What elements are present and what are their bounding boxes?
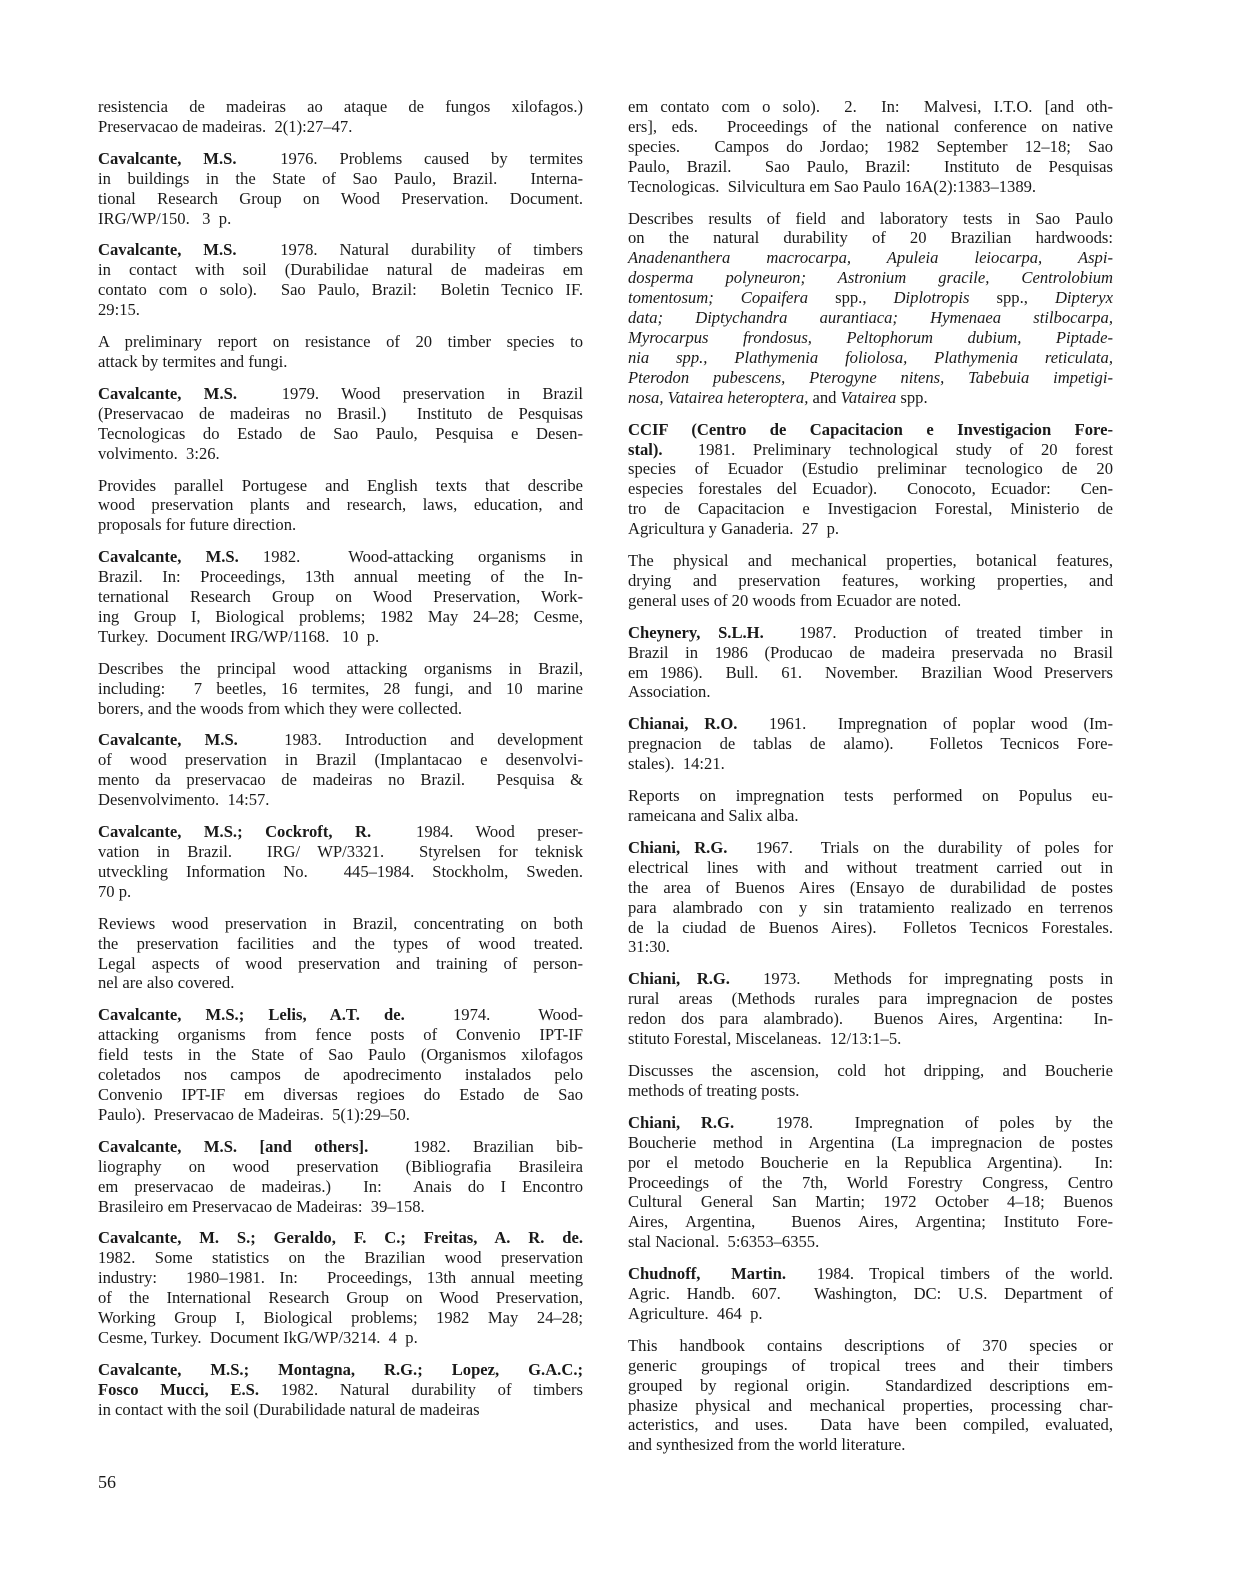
text-line: Myrocarpus frondosus, Peltophorum dubium…	[628, 328, 1113, 348]
text-run: Reviews wood preservation in Brazil, con…	[98, 914, 583, 933]
text-line: de la ciudad de Buenos Aires). Folletos …	[628, 918, 1113, 938]
text-run: the area of Buenos Aires (Ensayo de dura…	[628, 878, 1113, 897]
text-line: rural areas (Methods rurales para impreg…	[628, 989, 1113, 1009]
text-line: Boucherie method in Argentina (La impreg…	[628, 1133, 1113, 1153]
text-run: stituto Forestal, Miscelaneas. 12/13:1–5…	[628, 1029, 901, 1048]
text-line: Brazil in 1986 (Producao de madeira pres…	[628, 643, 1113, 663]
text-line: Association.	[628, 682, 1113, 702]
text-run: 1974. Wood-	[405, 1005, 583, 1024]
text-run: Describes the principal wood attacking o…	[98, 659, 583, 678]
citation-entry: Chiani, R.G. 1967. Trials on the durabil…	[628, 838, 1113, 957]
text-run: Reports on impregnation tests performed …	[628, 786, 1113, 805]
text-line: 31:30.	[628, 937, 1113, 957]
text-line: methods of treating posts.	[628, 1081, 1113, 1101]
text-line: dosperma polyneuron; Astronium gracile, …	[628, 268, 1113, 288]
text-run: The physical and mechanical properties, …	[628, 551, 1113, 570]
text-run: including: 7 beetles, 16 termites, 28 fu…	[98, 679, 583, 698]
text-run: Convenio IPT-IF em diversas regioes do E…	[98, 1085, 583, 1104]
text-line: in contact with the soil (Durabilidade n…	[98, 1400, 583, 1420]
text-run: Paulo). Preservacao de Madeiras. 5(1):29…	[98, 1105, 410, 1124]
text-run: 1983. Introduction and development	[238, 730, 583, 749]
text-line: industry: 1980–1981. In: Proceedings, 13…	[98, 1268, 583, 1288]
text-line: Tecnologicas do Estado de Sao Paulo, Pes…	[98, 424, 583, 444]
text-run: Legal aspects of wood preservation and t…	[98, 954, 583, 973]
annotation-paragraph: Describes results of field and laborator…	[628, 209, 1113, 408]
text-run: 1982. Brazilian bib-	[368, 1137, 583, 1156]
author-name: Cavalcante, M.S.	[98, 149, 236, 168]
text-line: Cavalcante, M.S. 1979. Wood preservation…	[98, 384, 583, 404]
text-line: pregnacion de tablas de alamo). Folletos…	[628, 734, 1113, 754]
text-line: Brazil. In: Proceedings, 13th annual mee…	[98, 567, 583, 587]
author-name: Cavalcante, M.S.	[98, 240, 236, 259]
text-run: liography on wood preservation (Bibliogr…	[98, 1157, 583, 1176]
text-run: general uses of 20 woods from Ecuador ar…	[628, 591, 961, 610]
citation-entry: Cavalcante, M.S.; Lelis, A.T. de. 1974. …	[98, 1005, 583, 1124]
text-run: 1979. Wood preservation in Brazil	[237, 384, 583, 403]
text-line: 29:15.	[98, 300, 583, 320]
text-line: in contact with soil (Durabilidae natura…	[98, 260, 583, 280]
text-run: rural areas (Methods rurales para impreg…	[628, 989, 1113, 1008]
text-line: Cheynery, S.L.H. 1987. Production of tre…	[628, 623, 1113, 643]
text-line: stal). 1981. Preliminary technological s…	[628, 440, 1113, 460]
text-line: Cavalcante, M.S.; Lelis, A.T. de. 1974. …	[98, 1005, 583, 1025]
text-line: Cavalcante, M.S.; Cockroft, R. 1984. Woo…	[98, 822, 583, 842]
text-run: 1982. Natural durability of timbers	[259, 1380, 583, 1399]
text-line: attack by termites and fungi.	[98, 352, 583, 372]
author-name: Cavalcante, M.S. [and others].	[98, 1137, 368, 1156]
text-run: IRG/WP/150. 3 p.	[98, 209, 231, 228]
text-line: of wood preservation in Brazil (Implanta…	[98, 750, 583, 770]
text-line: em preservacao de madeiras.) In: Anais d…	[98, 1177, 583, 1197]
text-line: on the natural durability of 20 Brazilia…	[628, 228, 1113, 248]
text-run: in buildings in the State of Sao Paulo, …	[98, 169, 583, 188]
text-line: resistencia de madeiras ao ataque de fun…	[98, 97, 583, 117]
text-line: Pterodon pubescens, Pterogyne nitens, Ta…	[628, 368, 1113, 388]
text-line: Cavalcante, M. S.; Geraldo, F. C.; Freit…	[98, 1228, 583, 1248]
text-line: em contato com o solo). 2. In: Malvesi, …	[628, 97, 1113, 117]
text-run: Paulo, Brazil. Sao Paulo, Brazil: Instit…	[628, 157, 1113, 176]
text-line: data; Diptychandra aurantiaca; Hymenaea …	[628, 308, 1113, 328]
author-name: Cavalcante, M.S.	[98, 730, 238, 749]
text-line: mento da preservacao de madeiras no Braz…	[98, 770, 583, 790]
species-name: Diplotropis	[894, 288, 970, 307]
text-run: grouped by regional origin. Standardized…	[628, 1376, 1113, 1395]
text-line: Proceedings of the 7th, World Forestry C…	[628, 1173, 1113, 1193]
text-line: por el metodo Boucherie en la Republica …	[628, 1153, 1113, 1173]
text-line: species. Campos do Jordao; 1982 Septembe…	[628, 137, 1113, 157]
species-name: Anadenanthera macrocarpa, Apuleia leioca…	[628, 248, 1113, 267]
text-line: Discusses the ascension, cold hot drippi…	[628, 1061, 1113, 1081]
text-run: Boucherie method in Argentina (La impreg…	[628, 1133, 1113, 1152]
text-line: grouped by regional origin. Standardized…	[628, 1376, 1113, 1396]
author-name: Chiani, R.G.	[628, 969, 730, 988]
text-line: Paulo, Brazil. Sao Paulo, Brazil: Instit…	[628, 157, 1113, 177]
text-run: pregnacion de tablas de alamo). Folletos…	[628, 734, 1113, 753]
text-run: borers, and the woods from which they we…	[98, 699, 462, 718]
citation-entry: Chianai, R.O. 1961. Impregnation of popl…	[628, 714, 1113, 774]
text-run: A preliminary report on resistance of 20…	[98, 332, 583, 351]
text-run: Aires, Argentina, Buenos Aires, Argentin…	[628, 1212, 1113, 1231]
text-run: Discusses the ascension, cold hot drippi…	[628, 1061, 1113, 1080]
author-name: Chiani, R.G.	[628, 838, 727, 857]
text-line: nosa, Vatairea heteroptera, and Vatairea…	[628, 388, 1113, 408]
citation-entry: Chiani, R.G. 1978. Impregnation of poles…	[628, 1113, 1113, 1252]
citation-entry: Cavalcante, M. S.; Geraldo, F. C.; Freit…	[98, 1228, 583, 1347]
species-name: nia spp., Plathymenia foliolosa, Plathym…	[628, 348, 1113, 367]
text-line: Turkey. Document IRG/WP/1168. 10 p.	[98, 627, 583, 647]
text-run: 1984. Tropical timbers of the world.	[786, 1264, 1113, 1283]
text-line: general uses of 20 woods from Ecuador ar…	[628, 591, 1113, 611]
text-line: volvimento. 3:26.	[98, 444, 583, 464]
right-column: em contato com o solo). 2. In: Malvesi, …	[628, 97, 1113, 1467]
text-line: attacking organisms from fence posts of …	[98, 1025, 583, 1045]
text-run: ternational Research Group on Wood Prese…	[98, 587, 583, 606]
text-run: generic groupings of tropical trees and …	[628, 1356, 1113, 1375]
text-run: Brazil. In: Proceedings, 13th annual mee…	[98, 567, 583, 586]
annotation-paragraph: Provides parallel Portugese and English …	[98, 476, 583, 536]
text-run: of the International Research Group on W…	[98, 1288, 583, 1307]
text-line: 70 p.	[98, 882, 583, 902]
text-run: em preservacao de madeiras.) In: Anais d…	[98, 1177, 583, 1196]
text-run: 1967. Trials on the durability of poles …	[727, 838, 1113, 857]
text-run: drying and preservation features, workin…	[628, 571, 1113, 590]
text-run: attacking organisms from fence posts of …	[98, 1025, 583, 1044]
text-line: Describes results of field and laborator…	[628, 209, 1113, 229]
text-run: 29:15.	[98, 300, 140, 319]
text-line: Cavalcante, M.S. 1983. Introduction and …	[98, 730, 583, 750]
text-line: stituto Forestal, Miscelaneas. 12/13:1–5…	[628, 1029, 1113, 1049]
text-run: Proceedings of the 7th, World Forestry C…	[628, 1173, 1113, 1192]
author-name: Chiani, R.G.	[628, 1113, 734, 1132]
text-run: Cultural General San Martin; 1972 Octobe…	[628, 1192, 1113, 1211]
text-run: stales). 14:21.	[628, 754, 725, 773]
text-line: nia spp., Plathymenia foliolosa, Plathym…	[628, 348, 1113, 368]
text-line: Reports on impregnation tests performed …	[628, 786, 1113, 806]
text-line: redon dos para alambrado). Buenos Aires,…	[628, 1009, 1113, 1029]
text-line: wood preservation plants and research, l…	[98, 495, 583, 515]
text-line: Convenio IPT-IF em diversas regioes do E…	[98, 1085, 583, 1105]
text-run: Provides parallel Portugese and English …	[98, 476, 583, 495]
text-run: electrical lines with and without treatm…	[628, 858, 1113, 877]
citation-entry: Cavalcante, M.S.; Montagna, R.G.; Lopez,…	[98, 1360, 583, 1420]
text-run: wood preservation plants and research, l…	[98, 495, 583, 514]
text-line: Chiani, R.G. 1978. Impregnation of poles…	[628, 1113, 1113, 1133]
text-run: tional Research Group on Wood Preservati…	[98, 189, 583, 208]
text-line: Cavalcante, M.S. 1982. Wood-attacking or…	[98, 547, 583, 567]
text-run: nel are also covered.	[98, 973, 234, 992]
text-run: coletados nos campos de apodrecimento in…	[98, 1065, 583, 1084]
text-line: tomentosum; Copaifera spp., Diplotropis …	[628, 288, 1113, 308]
text-line: The physical and mechanical properties, …	[628, 551, 1113, 571]
text-line: Working Group I, Biological problems; 19…	[98, 1308, 583, 1328]
text-run: and	[808, 388, 840, 407]
text-line: A preliminary report on resistance of 20…	[98, 332, 583, 352]
text-line: generic groupings of tropical trees and …	[628, 1356, 1113, 1376]
annotation-paragraph: Discusses the ascension, cold hot drippi…	[628, 1061, 1113, 1101]
text-line: Fosco Mucci, E.S. 1982. Natural durabili…	[98, 1380, 583, 1400]
text-run: Agricultura y Ganaderia. 27 p.	[628, 519, 839, 538]
text-run: of wood preservation in Brazil (Implanta…	[98, 750, 583, 769]
text-run: proposals for future direction.	[98, 515, 296, 534]
text-line: Provides parallel Portugese and English …	[98, 476, 583, 496]
annotation-paragraph: resistencia de madeiras ao ataque de fun…	[98, 97, 583, 137]
text-line: Chudnoff, Martin. 1984. Tropical timbers…	[628, 1264, 1113, 1284]
text-line: Cavalcante, M.S.; Montagna, R.G.; Lopez,…	[98, 1360, 583, 1380]
text-line: the area of Buenos Aires (Ensayo de dura…	[628, 878, 1113, 898]
text-run: attack by termites and fungi.	[98, 352, 287, 371]
text-run: 31:30.	[628, 937, 670, 956]
author-name: Cavalcante, M.S.	[98, 384, 237, 403]
text-run: 1987. Production of treated timber in	[764, 623, 1113, 642]
text-run: Cesme, Turkey. Document IkG/WP/3214. 4 p…	[98, 1328, 418, 1347]
text-line: borers, and the woods from which they we…	[98, 699, 583, 719]
text-line: stales). 14:21.	[628, 754, 1113, 774]
text-run: volvimento. 3:26.	[98, 444, 220, 463]
text-line: and synthesized from the world literatur…	[628, 1435, 1113, 1455]
annotation-paragraph: This handbook contains descriptions of 3…	[628, 1336, 1113, 1455]
text-run: Brasileiro em Preservacao de Madeiras: 3…	[98, 1197, 425, 1216]
citation-entry: Cavalcante, M.S. 1976. Problems caused b…	[98, 149, 583, 229]
text-line: This handbook contains descriptions of 3…	[628, 1336, 1113, 1356]
citation-entry: em contato com o solo). 2. In: Malvesi, …	[628, 97, 1113, 197]
text-run: spp.,	[969, 288, 1054, 307]
author-name: stal).	[628, 440, 663, 459]
text-line: stal Nacional. 5:6353–6355.	[628, 1232, 1113, 1252]
text-line: Desenvolvimento. 14:57.	[98, 790, 583, 810]
text-line: proposals for future direction.	[98, 515, 583, 535]
text-line: acteristics, and uses. Data have been co…	[628, 1415, 1113, 1435]
text-run: 1978. Natural durability of timbers	[236, 240, 583, 259]
text-run: 1981. Preliminary technological study of…	[663, 440, 1113, 459]
text-line: Tecnologicas. Silvicultura em Sao Paulo …	[628, 177, 1113, 197]
text-run: ers], eds. Proceedings of the national c…	[628, 117, 1113, 136]
citation-entry: Cavalcante, M.S. 1978. Natural durabilit…	[98, 240, 583, 320]
text-line: para alambrado con y sin tratamiento rea…	[628, 898, 1113, 918]
text-line: the preservation facilities and the type…	[98, 934, 583, 954]
text-line: Agriculture. 464 p.	[628, 1304, 1113, 1324]
text-run: tro de Capacitacion e Investigacion Fore…	[628, 499, 1113, 518]
text-line: Chiani, R.G. 1967. Trials on the durabil…	[628, 838, 1113, 858]
text-line: (Preservacao de madeiras no Brasil.) Ins…	[98, 404, 583, 424]
text-line: Cavalcante, M.S. 1976. Problems caused b…	[98, 149, 583, 169]
text-line: Brasileiro em Preservacao de Madeiras: 3…	[98, 1197, 583, 1217]
citation-entry: Cavalcante, M.S. 1982. Wood-attacking or…	[98, 547, 583, 647]
text-line: Anadenanthera macrocarpa, Apuleia leioca…	[628, 248, 1113, 268]
text-line: field tests in the State of Sao Paulo (O…	[98, 1045, 583, 1065]
text-line: liography on wood preservation (Bibliogr…	[98, 1157, 583, 1177]
text-line: Agricultura y Ganaderia. 27 p.	[628, 519, 1113, 539]
text-run: de la ciudad de Buenos Aires). Folletos …	[628, 918, 1113, 937]
text-line: Reviews wood preservation in Brazil, con…	[98, 914, 583, 934]
text-line: tional Research Group on Wood Preservati…	[98, 189, 583, 209]
text-run: contato com o solo). Sao Paulo, Brazil: …	[98, 280, 583, 299]
text-run: Preservacao de madeiras. 2(1):27–47.	[98, 117, 352, 136]
species-name: data; Diptychandra aurantiaca; Hymenaea …	[628, 308, 1113, 327]
text-run: 70 p.	[98, 882, 131, 901]
text-run: redon dos para alambrado). Buenos Aires,…	[628, 1009, 1113, 1028]
text-run: rameicana and Salix alba.	[628, 806, 798, 825]
text-run: Agric. Handb. 607. Washington, DC: U.S. …	[628, 1284, 1113, 1303]
text-run: mento da preservacao de madeiras no Braz…	[98, 770, 583, 789]
text-line: Describes the principal wood attacking o…	[98, 659, 583, 679]
text-run: This handbook contains descriptions of 3…	[628, 1336, 1113, 1355]
author-name: Cavalcante, M. S.; Geraldo, F. C.; Freit…	[98, 1228, 583, 1247]
text-line: Preservacao de madeiras. 2(1):27–47.	[98, 117, 583, 137]
text-run: 1973. Methods for impregnating posts in	[730, 969, 1113, 988]
text-run: spp.	[896, 388, 927, 407]
text-line: in buildings in the State of Sao Paulo, …	[98, 169, 583, 189]
text-line: Cavalcante, M.S. [and others]. 1982. Bra…	[98, 1137, 583, 1157]
author-name: Cavalcante, M.S.; Cockroft, R.	[98, 822, 371, 841]
citation-entry: Cavalcante, M.S.; Cockroft, R. 1984. Woo…	[98, 822, 583, 902]
text-run: spp.,	[808, 288, 893, 307]
text-run: phasize physical and mechanical properti…	[628, 1396, 1113, 1415]
text-run: species of Ecuador (Estudio preliminar t…	[628, 459, 1113, 478]
text-line: 1982. Some statistics on the Brazilian w…	[98, 1248, 583, 1268]
text-run: 1984. Wood preser-	[371, 822, 583, 841]
text-run: Desenvolvimento. 14:57.	[98, 790, 269, 809]
text-line: CCIF (Centro de Capacitacion e Investiga…	[628, 420, 1113, 440]
text-line: Cavalcante, M.S. 1978. Natural durabilit…	[98, 240, 583, 260]
text-run: Brazil in 1986 (Producao de madeira pres…	[628, 643, 1113, 662]
text-run: Turkey. Document IRG/WP/1168. 10 p.	[98, 627, 379, 646]
text-line: Agric. Handb. 607. Washington, DC: U.S. …	[628, 1284, 1113, 1304]
species-name: nosa, Vatairea heteroptera,	[628, 388, 808, 407]
text-run: em contato com o solo). 2. In: Malvesi, …	[628, 97, 1113, 116]
text-run: ing Group I, Biological problems; 1982 M…	[98, 607, 583, 626]
species-name: Vatairea	[841, 388, 897, 407]
text-run: in contact with soil (Durabilidae natura…	[98, 260, 583, 279]
text-run: Describes results of field and laborator…	[628, 209, 1113, 228]
author-name: Cheynery, S.L.H.	[628, 623, 764, 642]
text-run: 1982. Wood-attacking organisms in	[239, 547, 583, 566]
text-run: vation in Brazil. IRG/ WP/3321. Styrelse…	[98, 842, 583, 861]
text-line: nel are also covered.	[98, 973, 583, 993]
text-line: drying and preservation features, workin…	[628, 571, 1113, 591]
text-line: Paulo). Preservacao de Madeiras. 5(1):29…	[98, 1105, 583, 1125]
author-name: Fosco Mucci, E.S.	[98, 1380, 259, 1399]
text-run: 1961. Impregnation of poplar wood (Im-	[737, 714, 1113, 733]
author-name: Chianai, R.O.	[628, 714, 737, 733]
author-name: Cavalcante, M.S.; Lelis, A.T. de.	[98, 1005, 405, 1024]
text-line: ers], eds. Proceedings of the national c…	[628, 117, 1113, 137]
author-name: CCIF (Centro de Capacitacion e Investiga…	[628, 420, 1113, 439]
annotation-paragraph: Reviews wood preservation in Brazil, con…	[98, 914, 583, 994]
text-run: em 1986). Bull. 61. November. Brazilian …	[628, 663, 1113, 682]
text-line: species of Ecuador (Estudio preliminar t…	[628, 459, 1113, 479]
left-column: resistencia de madeiras ao ataque de fun…	[98, 97, 583, 1432]
text-line: phasize physical and mechanical properti…	[628, 1396, 1113, 1416]
text-run: industry: 1980–1981. In: Proceedings, 13…	[98, 1268, 583, 1287]
annotation-paragraph: Describes the principal wood attacking o…	[98, 659, 583, 719]
citation-entry: Cavalcante, M.S. 1979. Wood preservation…	[98, 384, 583, 464]
text-line: Chiani, R.G. 1973. Methods for impregnat…	[628, 969, 1113, 989]
species-name: Myrocarpus frondosus, Peltophorum dubium…	[628, 328, 1113, 347]
text-line: ternational Research Group on Wood Prese…	[98, 587, 583, 607]
text-run: and synthesized from the world literatur…	[628, 1435, 905, 1454]
text-run: (Preservacao de madeiras no Brasil.) Ins…	[98, 404, 583, 423]
text-run: field tests in the State of Sao Paulo (O…	[98, 1045, 583, 1064]
text-line: especies forestales del Ecuador). Conoco…	[628, 479, 1113, 499]
text-run: Tecnologicas. Silvicultura em Sao Paulo …	[628, 177, 1036, 196]
text-run: 1982. Some statistics on the Brazilian w…	[98, 1248, 583, 1267]
text-run: 1978. Impregnation of poles by the	[734, 1113, 1113, 1132]
author-name: Chudnoff, Martin.	[628, 1264, 786, 1283]
annotation-paragraph: A preliminary report on resistance of 20…	[98, 332, 583, 372]
text-line: Chianai, R.O. 1961. Impregnation of popl…	[628, 714, 1113, 734]
text-run: Agriculture. 464 p.	[628, 1304, 763, 1323]
text-line: Cultural General San Martin; 1972 Octobe…	[628, 1192, 1113, 1212]
text-line: Aires, Argentina, Buenos Aires, Argentin…	[628, 1212, 1113, 1232]
text-line: vation in Brazil. IRG/ WP/3321. Styrelse…	[98, 842, 583, 862]
text-line: coletados nos campos de apodrecimento in…	[98, 1065, 583, 1085]
author-name: Cavalcante, M.S.; Montagna, R.G.; Lopez,…	[98, 1360, 583, 1379]
citation-entry: Chudnoff, Martin. 1984. Tropical timbers…	[628, 1264, 1113, 1324]
text-run: Association.	[628, 682, 711, 701]
text-run: methods of treating posts.	[628, 1081, 799, 1100]
text-run: utveckling Information No. 445–1984. Sto…	[98, 862, 583, 881]
annotation-paragraph: The physical and mechanical properties, …	[628, 551, 1113, 611]
text-line: IRG/WP/150. 3 p.	[98, 209, 583, 229]
text-line: Cesme, Turkey. Document IkG/WP/3214. 4 p…	[98, 1328, 583, 1348]
text-run: especies forestales del Ecuador). Conoco…	[628, 479, 1113, 498]
text-run: on the natural durability of 20 Brazilia…	[628, 228, 1113, 247]
citation-entry: Cavalcante, M.S. 1983. Introduction and …	[98, 730, 583, 810]
text-line: em 1986). Bull. 61. November. Brazilian …	[628, 663, 1113, 683]
species-name: tomentosum; Copaifera	[628, 288, 808, 307]
citation-entry: Chiani, R.G. 1973. Methods for impregnat…	[628, 969, 1113, 1049]
text-run: Working Group I, Biological problems; 19…	[98, 1308, 583, 1327]
text-line: Legal aspects of wood preservation and t…	[98, 954, 583, 974]
text-line: electrical lines with and without treatm…	[628, 858, 1113, 878]
text-line: including: 7 beetles, 16 termites, 28 fu…	[98, 679, 583, 699]
text-line: utveckling Information No. 445–1984. Sto…	[98, 862, 583, 882]
citation-entry: Cheynery, S.L.H. 1987. Production of tre…	[628, 623, 1113, 703]
citation-entry: Cavalcante, M.S. [and others]. 1982. Bra…	[98, 1137, 583, 1217]
text-run: resistencia de madeiras ao ataque de fun…	[98, 97, 583, 116]
text-run: Tecnologicas do Estado de Sao Paulo, Pes…	[98, 424, 583, 443]
species-name: Dipteryx	[1055, 288, 1113, 307]
text-line: of the International Research Group on W…	[98, 1288, 583, 1308]
text-run: the preservation facilities and the type…	[98, 934, 583, 953]
author-name: Cavalcante, M.S.	[98, 547, 239, 566]
text-run: stal Nacional. 5:6353–6355.	[628, 1232, 819, 1251]
text-run: acteristics, and uses. Data have been co…	[628, 1415, 1113, 1434]
species-name: Pterodon pubescens, Pterogyne nitens, Ta…	[628, 368, 1113, 387]
text-run: por el metodo Boucherie en la Republica …	[628, 1153, 1113, 1172]
citation-entry: CCIF (Centro de Capacitacion e Investiga…	[628, 420, 1113, 539]
text-line: ing Group I, Biological problems; 1982 M…	[98, 607, 583, 627]
text-run: species. Campos do Jordao; 1982 Septembe…	[628, 137, 1113, 156]
species-name: dosperma polyneuron; Astronium gracile, …	[628, 268, 1113, 287]
text-line: contato com o solo). Sao Paulo, Brazil: …	[98, 280, 583, 300]
text-run: 1976. Problems caused by termites	[236, 149, 583, 168]
annotation-paragraph: Reports on impregnation tests performed …	[628, 786, 1113, 826]
text-run: para alambrado con y sin tratamiento rea…	[628, 898, 1113, 917]
text-line: rameicana and Salix alba.	[628, 806, 1113, 826]
text-line: tro de Capacitacion e Investigacion Fore…	[628, 499, 1113, 519]
page-number: 56	[98, 1471, 116, 1493]
text-run: in contact with the soil (Durabilidade n…	[98, 1400, 480, 1419]
